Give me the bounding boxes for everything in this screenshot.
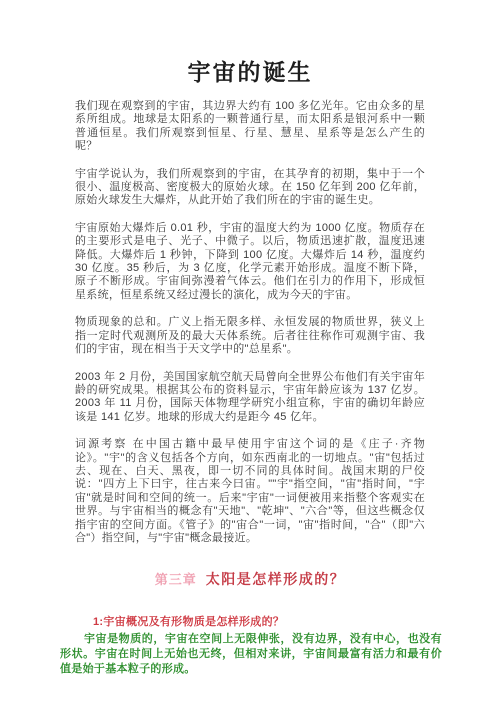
paragraph-universe-age: 2003 年 2 月份，美国国家航空航天局曾向全世界公布他们有关宇宙年龄的研究成…: [75, 371, 425, 425]
paragraph-cosmology-theory: 宇宙学说认为，我们所观察到的宇宙，在其孕育的初期，集中于一个很小、温度极高、密度…: [75, 168, 425, 208]
paragraph-big-bang: 宇宙原始大爆炸后 0.01 秒，宇宙的温度大约为 1000 亿度。物质存在的主要…: [75, 222, 425, 302]
paragraph-material-phenomena: 物质现象的总和。广义上指无限多样、永恒发展的物质世界，狭义上指一定时代观测所及的…: [75, 316, 425, 356]
paragraph-intro: 我们现在观察到的宇宙，其边界大约有 100 多亿光年。它由众多的星系所组成。地球…: [75, 100, 425, 154]
section-body: 宇宙是物质的，宇宙在空间上无限伸张，没有边界，没有中心，也没有形状。宇宙在时间上…: [60, 632, 442, 677]
chapter-number: 第三章: [155, 572, 197, 587]
section-heading: 1:宇宙概况及有形物质是怎样形成的？: [93, 613, 425, 629]
paragraph-etymology: 词源考察 在中国古籍中最早使用宇宙这个词的是《庄子·齐物论》。"宇"的含义包括各…: [75, 438, 425, 545]
page-title: 宇宙的诞生: [75, 58, 425, 88]
chapter-title: 太阳是怎样形成的？: [206, 571, 346, 587]
chapter-heading: 第三章太阳是怎样形成的？: [75, 569, 425, 589]
document-page: 宇宙的诞生 我们现在观察到的宇宙，其边界大约有 100 多亿光年。它由众多的星系…: [0, 0, 500, 707]
